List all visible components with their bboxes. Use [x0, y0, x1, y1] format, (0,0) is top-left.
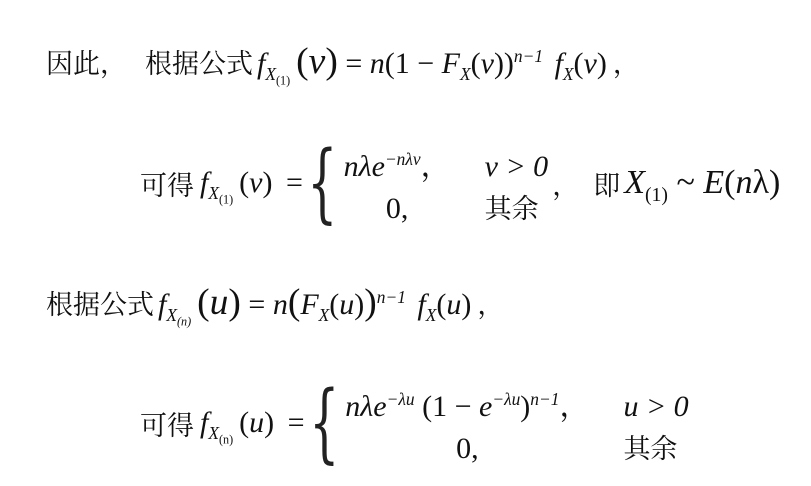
suffix-comma: ， [477, 283, 504, 322]
formula-max-pdf: fX(n)(u) = n(FX(u))n−1 fX(u) [158, 284, 471, 322]
line-1-formula-min: 因此， 根据公式 fX(1)(v) = n(1 − FX(v))n−1 fX(v… [46, 42, 640, 81]
label-text: 可得 [140, 164, 194, 203]
case-1-cond: v > 0 [485, 150, 549, 184]
prefix-text: 因此， [46, 42, 127, 81]
lhs-min-pdf: fX(1)(v) = [200, 166, 303, 200]
label-text: 可得 [140, 404, 194, 443]
case-2-expr: 0, [344, 192, 451, 226]
then-label: 即 [593, 164, 620, 203]
formula-min-pdf: fX(1)(v) = n(1 − FX(v))n−1 fX(v) [257, 43, 607, 81]
suffix-comma: ， [613, 42, 640, 81]
distribution-result: X(1) ~ E(nλ) [624, 164, 780, 202]
piecewise-cases: { nλe−λu (1 − e−λu)n−1， u > 0 0, 其余 [305, 380, 689, 466]
line-2-min-result: 可得 fX(1)(v) = { nλe−nλv， v > 0 0, 其余 ， 即… [140, 140, 780, 226]
lhs-max-pdf: fX(n)(u) = [200, 406, 305, 440]
case-2-cond: 其余 [623, 427, 688, 466]
case-2-expr: 0, [345, 432, 589, 466]
piecewise-cases: { nλe−nλv， v > 0 0, 其余 [303, 140, 548, 226]
left-brace-icon: { [307, 140, 337, 226]
case-2-cond: 其余 [485, 187, 549, 226]
case-1-expr: nλe−λu (1 − e−λu)n−1， [345, 381, 589, 425]
separator-comma: ， [552, 164, 579, 203]
case-1-expr: nλe−nλv， [344, 141, 451, 185]
left-brace-icon: { [309, 380, 339, 466]
line-4-max-result: 可得 fX(n)(u) = { nλe−λu (1 − e−λu)n−1， u … [140, 380, 689, 466]
case-1-cond: u > 0 [623, 390, 688, 424]
label-text: 根据公式 [46, 283, 154, 322]
label-text: 根据公式 [145, 42, 253, 81]
line-3-formula-max: 根据公式 fX(n)(u) = n(FX(u))n−1 fX(u) ， [46, 283, 504, 322]
